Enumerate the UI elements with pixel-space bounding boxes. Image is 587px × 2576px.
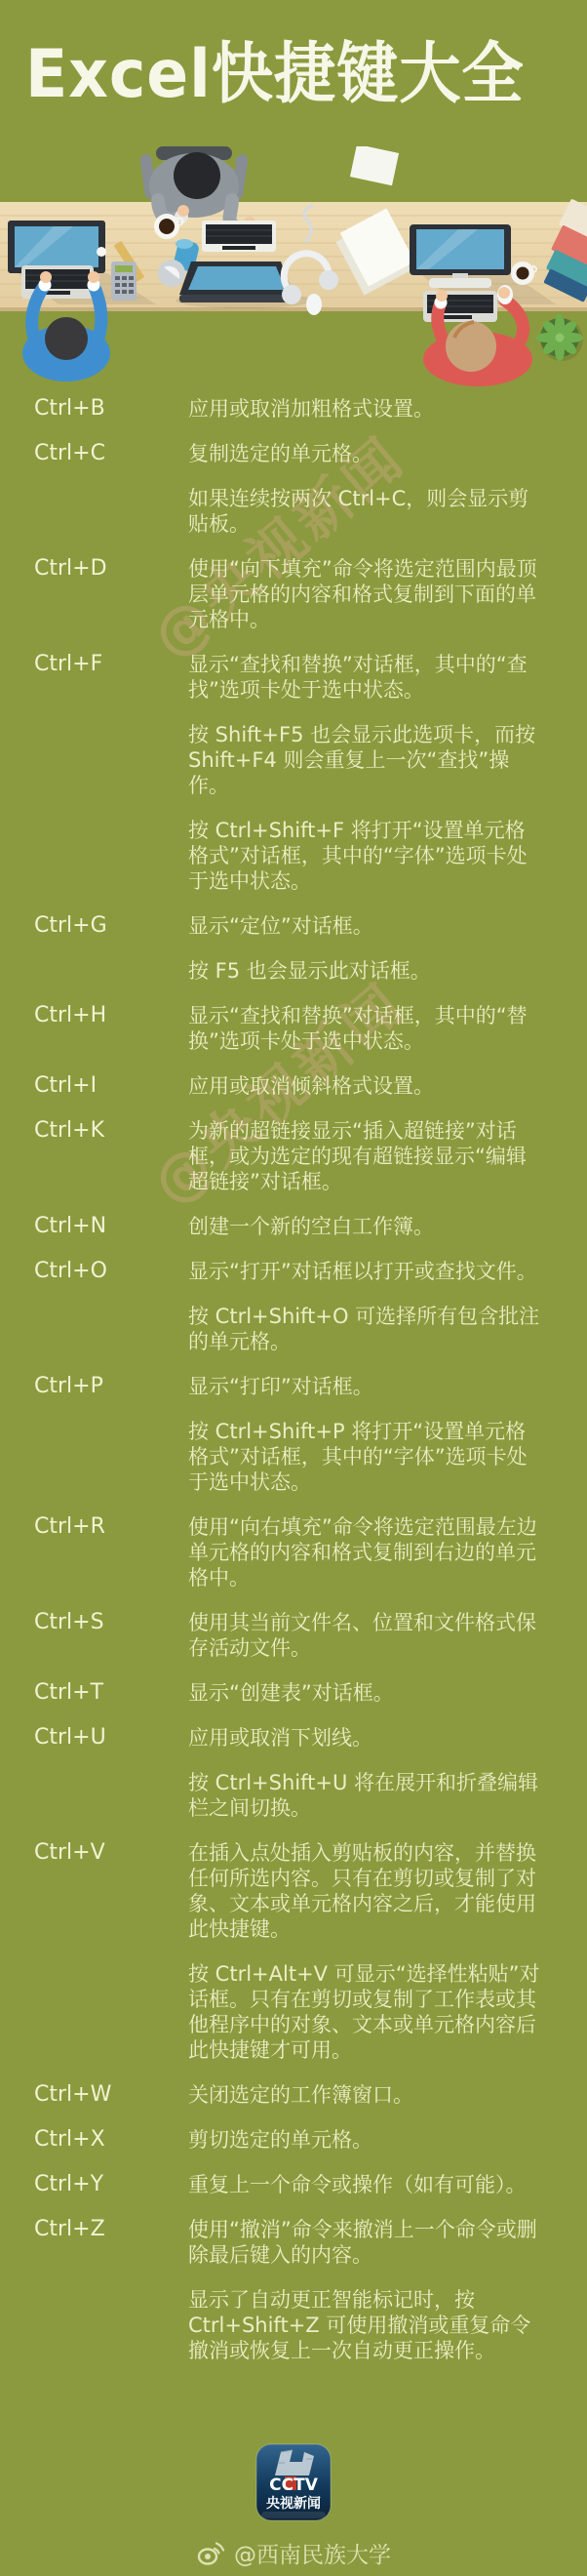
shortcut-description: 显示“创建表”对话框。 xyxy=(188,1680,541,1706)
keyboard-center-icon xyxy=(202,221,276,252)
shortcut-row: Ctrl+C 复制选定的单元格。如果连续按两次 Ctrl+C，则会显示剪贴板。 xyxy=(0,441,587,556)
shortcut-descriptions: 为新的超链接显示“插入超链接”对话框，或为选定的现有超链接显示“编辑超链接”对话… xyxy=(188,1118,541,1214)
shortcut-key: Ctrl+I xyxy=(0,1073,188,1099)
shortcut-key: Ctrl+C xyxy=(0,441,188,466)
shortcut-row: Ctrl+X 剪切选定的单元格。 xyxy=(0,2127,587,2172)
shortcut-key: Ctrl+Y xyxy=(0,2172,188,2197)
shortcut-description: 显示“查找和替换”对话框，其中的“查找”选项卡处于选中状态。 xyxy=(188,652,541,703)
shortcut-description: 应用或取消下划线。 xyxy=(188,1725,541,1751)
shortcut-row: Ctrl+Z 使用“撤消”命令来撤消上一个命令或删除最后键入的内容。显示了自动更… xyxy=(0,2217,587,2383)
shortcut-descriptions: 使用“向下填充”命令将选定范围内最顶层单元格的内容和格式复制到下面的单元格中。 xyxy=(188,556,541,652)
shortcut-description: 显示“打开”对话框以打开或查找文件。 xyxy=(188,1259,541,1284)
shortcut-description: 显示“定位”对话框。 xyxy=(188,913,541,939)
shortcut-description: 为新的超链接显示“插入超链接”对话框，或为选定的现有超链接显示“编辑超链接”对话… xyxy=(188,1118,541,1194)
shortcut-row: Ctrl+W 关闭选定的工作簿窗口。 xyxy=(0,2082,587,2127)
infographic-poster: Excel快捷键大全 xyxy=(0,0,587,2576)
shortcut-description: 关闭选定的工作簿窗口。 xyxy=(188,2082,541,2108)
shortcut-list: Ctrl+B 应用或取消加粗格式设置。 Ctrl+C 复制选定的单元格。如果连续… xyxy=(0,396,587,2383)
shortcut-descriptions: 创建一个新的空白工作簿。 xyxy=(188,1214,541,1259)
shortcut-descriptions: 使用“向右填充”命令将选定范围最左边单元格的内容和格式复制到右边的单元格中。 xyxy=(188,1514,541,1610)
shortcut-descriptions: 应用或取消倾斜格式设置。 xyxy=(188,1073,541,1118)
shortcut-descriptions: 使用“撤消”命令来撤消上一个命令或删除最后键入的内容。显示了自动更正智能标记时，… xyxy=(188,2217,541,2383)
shortcut-key: Ctrl+G xyxy=(0,913,188,939)
shortcut-descriptions: 应用或取消加粗格式设置。 xyxy=(188,396,541,441)
calculator-icon xyxy=(111,262,137,301)
shortcut-row: Ctrl+N 创建一个新的空白工作簿。 xyxy=(0,1214,587,1259)
attribution-text: @西南民族大学 xyxy=(234,2537,391,2569)
shortcut-row: Ctrl+Y 重复上一个命令或操作（如有可能）。 xyxy=(0,2172,587,2217)
shortcut-descriptions: 显示“定位”对话框。按 F5 也会显示此对话框。 xyxy=(188,913,541,1003)
shortcut-key: Ctrl+V xyxy=(0,1840,188,1866)
shortcut-descriptions: 在插入点处插入剪贴板的内容，并替换任何所选内容。只有在剪切或复制了对象、文本或单… xyxy=(188,1840,541,2082)
weibo-icon xyxy=(196,2540,225,2566)
shortcut-description: 重复上一个命令或操作（如有可能）。 xyxy=(188,2172,541,2197)
cctv-logo-text: CCTV xyxy=(269,2475,319,2495)
shortcut-description: 应用或取消倾斜格式设置。 xyxy=(188,1073,541,1099)
shortcut-descriptions: 关闭选定的工作簿窗口。 xyxy=(188,2082,541,2127)
shortcut-description: 显示“查找和替换”对话框，其中的“替换”选项卡处于选中状态。 xyxy=(188,1003,541,1054)
shortcut-description: 剪切选定的单元格。 xyxy=(188,2127,541,2153)
shortcut-key: Ctrl+F xyxy=(0,652,188,677)
shortcut-row: Ctrl+U 应用或取消下划线。按 Ctrl+Shift+U 将在展开和折叠编辑… xyxy=(0,1725,587,1840)
shortcut-description: 显示了自动更正智能标记时，按 Ctrl+Shift+Z 可使用撤消或重复命令撤消… xyxy=(188,2287,541,2363)
shortcut-description: 按 Ctrl+Shift+F 将打开“设置单元格格式”对话框，其中的“字体”选项… xyxy=(188,818,541,894)
shortcut-key: Ctrl+H xyxy=(0,1003,188,1028)
shortcut-description: 使用“向下填充”命令将选定范围内最顶层单元格的内容和格式复制到下面的单元格中。 xyxy=(188,556,541,632)
shortcut-row: Ctrl+R 使用“向右填充”命令将选定范围最左边单元格的内容和格式复制到右边的… xyxy=(0,1514,587,1610)
shortcut-key: Ctrl+O xyxy=(0,1259,188,1284)
plate-icon xyxy=(158,260,185,287)
shortcut-descriptions: 重复上一个命令或操作（如有可能）。 xyxy=(188,2172,541,2217)
shortcut-row: Ctrl+S 使用其当前文件名、位置和文件格式保存活动文件。 xyxy=(0,1610,587,1680)
shortcut-description: 复制选定的单元格。 xyxy=(188,441,541,466)
shortcut-key: Ctrl+S xyxy=(0,1610,188,1635)
mouse-icon xyxy=(306,294,322,315)
shortcut-descriptions: 复制选定的单元格。如果连续按两次 Ctrl+C，则会显示剪贴板。 xyxy=(188,441,541,556)
shortcut-descriptions: 显示“查找和替换”对话框，其中的“替换”选项卡处于选中状态。 xyxy=(188,1003,541,1073)
shortcut-description: 使用“撤消”命令来撤消上一个命令或删除最后键入的内容。 xyxy=(188,2217,541,2268)
shortcut-row: Ctrl+O 显示“打开”对话框以打开或查找文件。按 Ctrl+Shift+O … xyxy=(0,1259,587,1374)
office-desk-illustration xyxy=(0,146,587,390)
laptop-icon xyxy=(179,262,294,302)
shortcut-key: Ctrl+D xyxy=(0,556,188,582)
shortcut-descriptions: 剪切选定的单元格。 xyxy=(188,2127,541,2172)
shortcut-description: 按 Ctrl+Shift+O 可选择所有包含批注的单元格。 xyxy=(188,1304,541,1354)
shortcut-row: Ctrl+F 显示“查找和替换”对话框，其中的“查找”选项卡处于选中状态。按 S… xyxy=(0,652,587,913)
shortcut-key: Ctrl+B xyxy=(0,396,188,422)
shortcut-description: 按 Shift+F5 也会显示此选项卡，而按 Shift+F4 则会重复上一次“… xyxy=(188,722,541,798)
shortcut-key: Ctrl+Z xyxy=(0,2217,188,2242)
page-title: Excel快捷键大全 xyxy=(25,21,525,116)
shortcut-description: 应用或取消加粗格式设置。 xyxy=(188,396,541,422)
shortcut-description: 按 F5 也会显示此对话框。 xyxy=(188,958,541,984)
shortcut-key: Ctrl+U xyxy=(0,1725,188,1751)
shortcut-descriptions: 应用或取消下划线。按 Ctrl+Shift+U 将在展开和折叠编辑栏之间切换。 xyxy=(188,1725,541,1840)
shortcut-descriptions: 显示“打印”对话框。按 Ctrl+Shift+P 将打开“设置单元格格式”对话框… xyxy=(188,1374,541,1514)
shortcut-row: Ctrl+K 为新的超链接显示“插入超链接”对话框，或为选定的现有超链接显示“编… xyxy=(0,1118,587,1214)
shortcut-key: Ctrl+W xyxy=(0,2082,188,2108)
shortcut-row: Ctrl+D 使用“向下填充”命令将选定范围内最顶层单元格的内容和格式复制到下面… xyxy=(0,556,587,652)
shortcut-description: 按 Ctrl+Shift+P 将打开“设置单元格格式”对话框，其中的“字体”选项… xyxy=(188,1419,541,1495)
shortcut-descriptions: 使用其当前文件名、位置和文件格式保存活动文件。 xyxy=(188,1610,541,1680)
shortcut-description: 显示“打印”对话框。 xyxy=(188,1374,541,1399)
shortcut-description: 如果连续按两次 Ctrl+C，则会显示剪贴板。 xyxy=(188,486,541,537)
cctv-logo-subtext: 央视新闻 xyxy=(266,2495,321,2512)
shortcut-key: Ctrl+X xyxy=(0,2127,188,2153)
shortcut-description: 在插入点处插入剪贴板的内容，并替换任何所选内容。只有在剪切或复制了对象、文本或单… xyxy=(188,1840,541,1942)
shortcut-description: 按 Ctrl+Shift+U 将在展开和折叠编辑栏之间切换。 xyxy=(188,1770,541,1821)
shortcut-description: 使用“向右填充”命令将选定范围最左边单元格的内容和格式复制到右边的单元格中。 xyxy=(188,1514,541,1590)
shortcut-row: Ctrl+H 显示“查找和替换”对话框，其中的“替换”选项卡处于选中状态。 xyxy=(0,1003,587,1073)
shortcut-key: Ctrl+T xyxy=(0,1680,188,1706)
shortcut-key: Ctrl+K xyxy=(0,1118,188,1144)
shortcut-descriptions: 显示“查找和替换”对话框，其中的“查找”选项卡处于选中状态。按 Shift+F5… xyxy=(188,652,541,913)
shortcut-row: Ctrl+B 应用或取消加粗格式设置。 xyxy=(0,396,587,441)
cctv-news-logo: CCTV 央视新闻 xyxy=(255,2443,332,2521)
shortcut-row: Ctrl+V 在插入点处插入剪贴板的内容，并替换任何所选内容。只有在剪切或复制了… xyxy=(0,1840,587,2082)
shortcut-descriptions: 显示“创建表”对话框。 xyxy=(188,1680,541,1725)
shortcut-row: Ctrl+T 显示“创建表”对话框。 xyxy=(0,1680,587,1725)
shortcut-key: Ctrl+R xyxy=(0,1514,188,1540)
shortcut-row: Ctrl+G 显示“定位”对话框。按 F5 也会显示此对话框。 xyxy=(0,913,587,1003)
shortcut-description: 使用其当前文件名、位置和文件格式保存活动文件。 xyxy=(188,1610,541,1661)
shortcut-row: Ctrl+P 显示“打印”对话框。按 Ctrl+Shift+P 将打开“设置单元… xyxy=(0,1374,587,1514)
shortcut-description: 创建一个新的空白工作簿。 xyxy=(188,1214,541,1239)
shortcut-description: 按 Ctrl+Alt+V 可显示“选择性粘贴”对话框。只有在剪切或复制了工作表或… xyxy=(188,1961,541,2063)
shortcut-key: Ctrl+P xyxy=(0,1374,188,1399)
attribution-line: @西南民族大学 xyxy=(0,2537,587,2569)
plant-icon xyxy=(536,314,583,361)
shortcut-descriptions: 显示“打开”对话框以打开或查找文件。按 Ctrl+Shift+O 可选择所有包含… xyxy=(188,1259,541,1374)
shortcut-key: Ctrl+N xyxy=(0,1214,188,1239)
shortcut-row: Ctrl+I 应用或取消倾斜格式设置。 xyxy=(0,1073,587,1118)
